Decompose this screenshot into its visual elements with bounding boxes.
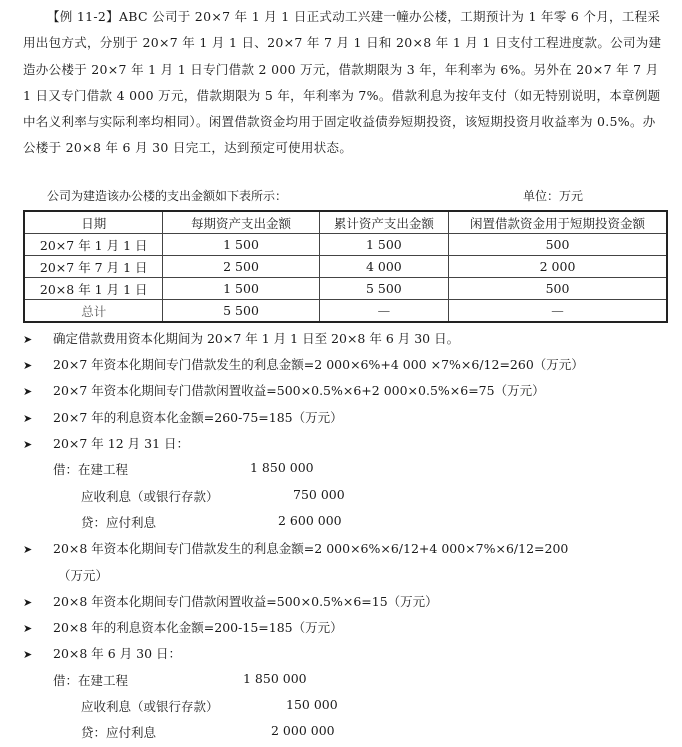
arrow-bullet-icon: ➤ [23,412,53,425]
credit-label: 贷：应付利息 [81,723,156,741]
cell-date: 20×7 年 7 月 1 日 [24,256,163,278]
header-date: 日期 [24,211,163,234]
cell-idle-funds: 2 000 [449,256,667,278]
debit2-amount: 750 000 [293,487,345,502]
bullet-item: ➤20×8 年资本化期间专门借款发生的利息金额=2 000×6%×6/12+4 … [23,539,568,557]
credit-amount: 2 000 000 [271,723,335,738]
cell-total-label: 总计 [24,300,163,323]
arrow-bullet-icon: ➤ [23,648,53,661]
table-caption: 公司为建造该办公楼的支出金额如下表所示： [47,186,287,206]
table-unit: 单位：万元 [523,186,583,206]
arrow-bullet-icon: ➤ [23,385,53,398]
arrow-bullet-icon: ➤ [23,438,53,451]
debit2-amount: 150 000 [286,697,338,712]
credit-label: 贷：应付利息 [81,513,156,531]
example-paragraph: 【例 11-2】ABC 公司于 20×7 年 1 月 1 日正式动工兴建一幢办公… [23,4,663,162]
arrow-bullet-icon: ➤ [23,359,53,372]
cell-date: 20×7 年 1 月 1 日 [24,234,163,256]
example-text: 【例 11-2】ABC 公司于 20×7 年 1 月 1 日正式动工兴建一幢办公… [23,9,661,155]
cell-idle-funds: 500 [449,234,667,256]
bullet-item: ➤20×8 年 6 月 30 日： [23,644,181,662]
table-row: 20×7 年 7 月 1 日 2 500 4 000 2 000 [24,256,667,278]
debit2-label: 应收利息（或银行存款） [81,487,219,505]
credit-amount: 2 600 000 [278,513,342,528]
table-header-row: 日期 每期资产支出金额 累计资产支出金额 闲置借款资金用于短期投资金额 [24,211,667,234]
header-cumulative-expenditure: 累计资产支出金额 [319,211,448,234]
cell-cumulative: 4 000 [319,256,448,278]
arrow-bullet-icon: ➤ [23,333,53,346]
bullet-item: ➤确定借款费用资本化期间为 20×7 年 1 月 1 日至 20×8 年 6 月… [23,329,459,347]
table-row: 20×7 年 1 月 1 日 1 500 1 500 500 [24,234,667,256]
cell-period-expenditure: 1 500 [163,234,319,256]
cell-total-cumulative: — [319,300,448,323]
arrow-bullet-icon: ➤ [23,543,53,556]
cell-total-idle: — [449,300,667,323]
cell-idle-funds: 500 [449,278,667,300]
bullet-item: ➤20×7 年资本化期间专门借款发生的利息金额=2 000×6%+4 000 ×… [23,355,584,373]
bullet-item: ➤20×7 年 12 月 31 日： [23,434,189,452]
bullet-item: ➤20×8 年资本化期间专门借款闲置收益=500×0.5%×6=15（万元） [23,592,438,610]
expenditure-table: 日期 每期资产支出金额 累计资产支出金额 闲置借款资金用于短期投资金额 20×7… [23,210,668,323]
bullet-item: ➤20×7 年资本化期间专门借款闲置收益=500×0.5%×6+2 000×0.… [23,381,545,399]
bullet-item: ➤20×8 年的利息资本化金额=200-15=185（万元） [23,618,343,636]
debit2-label: 应收利息（或银行存款） [81,697,219,715]
bullet-item: ➤20×7 年的利息资本化金额=260-75=185（万元） [23,408,343,426]
debit-amount: 1 850 000 [243,671,307,686]
debit-amount: 1 850 000 [250,460,314,475]
cell-total-expenditure: 5 500 [163,300,319,323]
cell-period-expenditure: 1 500 [163,278,319,300]
cell-period-expenditure: 2 500 [163,256,319,278]
cell-cumulative: 5 500 [319,278,448,300]
arrow-bullet-icon: ➤ [23,596,53,609]
arrow-bullet-icon: ➤ [23,622,53,635]
bullet-continuation: （万元） [58,566,108,584]
debit-label: 借：在建工程 [53,671,128,689]
cell-date: 20×8 年 1 月 1 日 [24,278,163,300]
cell-cumulative: 1 500 [319,234,448,256]
header-period-expenditure: 每期资产支出金额 [163,211,319,234]
table-row: 20×8 年 1 月 1 日 1 500 5 500 500 [24,278,667,300]
table-total-row: 总计 5 500 — — [24,300,667,323]
debit-label: 借：在建工程 [53,460,128,478]
header-idle-funds-investment: 闲置借款资金用于短期投资金额 [449,211,667,234]
